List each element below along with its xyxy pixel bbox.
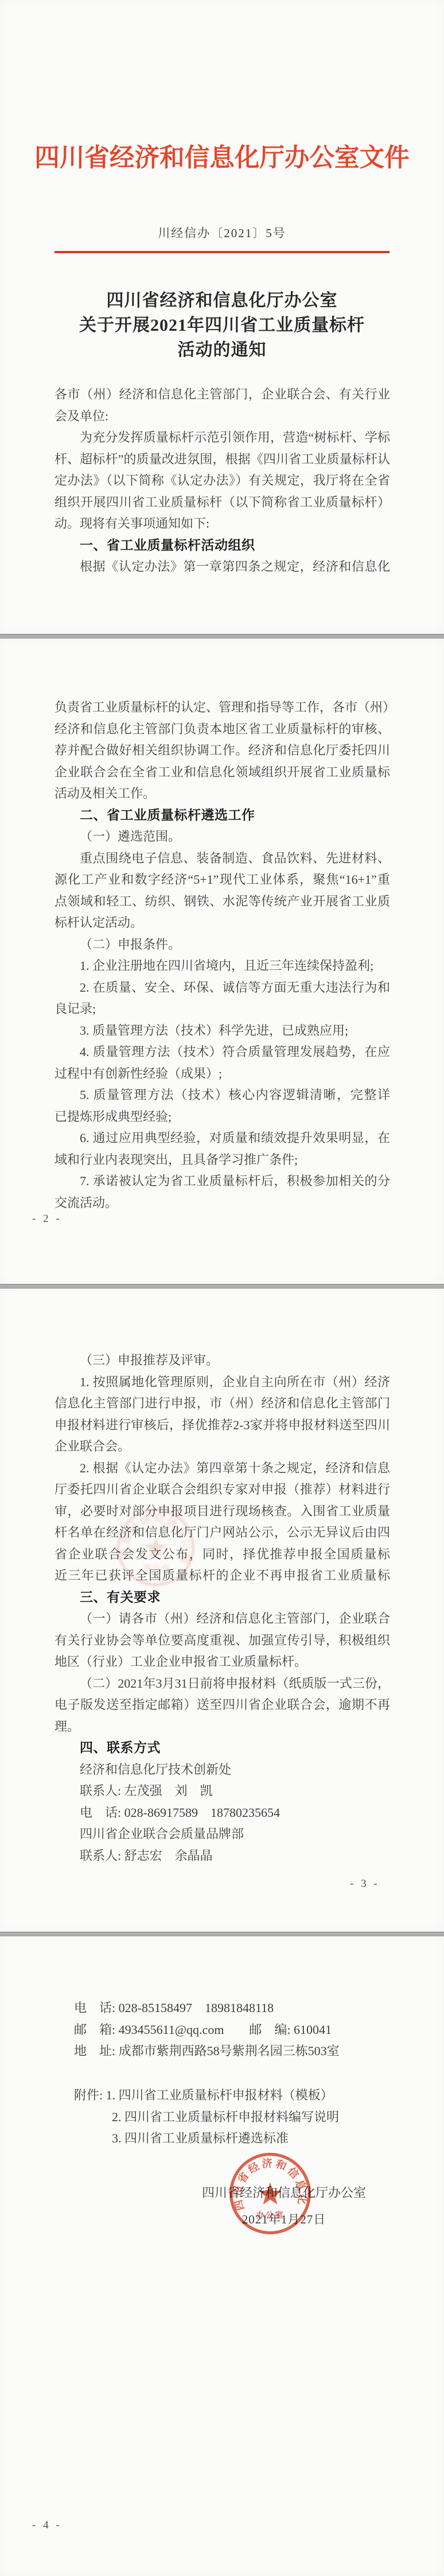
letterhead-org-title: 四川省经济和信息化厅办公室文件 (2, 137, 442, 173)
text-line: 省企业联合会发文公布，同时，择优推荐申报全国质量标杆。 (54, 1544, 390, 1565)
page-4-contact: 电 话: 028-85158497 18981848118邮 箱: 493455… (74, 1997, 418, 2062)
text-line: 已提炼形成典型经验; (54, 1106, 390, 1128)
text-line: 电 话: 028-86917589 18780235654 (80, 1802, 390, 1824)
page-3: （三）申报推荐及评审。1. 按照属地化管理原则，企业自主向所在市（州）经济和信息… (0, 1289, 444, 1932)
text-line: 经济和信息化主管部门负责本地区省工业质量标杆的审核、推 (54, 718, 390, 740)
text-line: 附件: 1. 四川省工业质量标杆申报材料（模板） (74, 2084, 395, 2106)
signature-date: 2021年1月27日 (202, 2210, 366, 2227)
title-line-3: 活动的通知 (0, 338, 444, 362)
text-line: 交流活动。 (54, 1192, 390, 1214)
text-line: 负责省工业质量标杆的认定、管理和指导等工作，各市（州） (54, 697, 390, 718)
title-line-2: 关于开展2021年四川省工业质量标杆 (0, 313, 444, 338)
text-line: 各市（州）经济和信息化主管部门，企业联合会、有关行业协 (54, 384, 390, 405)
text-line: 联系人: 左茂强 刘 凯 (80, 1780, 390, 1802)
text-line: 杆名单在经济和信息化厅门户网站公示，公示无异议后由四川 (54, 1522, 390, 1544)
text-line: 近三年已获评全国质量标杆的企业不再申报省工业质量标杆。 (54, 1565, 390, 1587)
text-line: 2. 四川省工业质量标杆申报材料编写说明 (112, 2106, 395, 2128)
text-line: 有关行业协会等单位要高度重视、加强宣传引导，积极组织本 (54, 1630, 390, 1651)
section-heading: 一、省工业质量标杆活动组织 (80, 535, 390, 556)
page-separator (0, 1932, 444, 1936)
page-2-body: 负责省工业质量标杆的认定、管理和指导等工作，各市（州）经济和信息化主管部门负责本… (54, 697, 399, 1213)
text-line: 荐并配合做好相关组织协调工作。经济和信息化厅委托四川省 (54, 740, 390, 761)
text-line: 信息化主管部门进行申报，市（州）经济和信息化主管部门对 (54, 1393, 390, 1414)
text-line: 审，必要时对部分申报项目进行现场核查。入围省工业质量标 (54, 1500, 390, 1522)
page-1: 四川省经济和信息化厅办公室文件 川经信办〔2021〕5号 四川省经济和信息化厅办… (0, 0, 444, 634)
attachments-list: 附件: 1. 四川省工业质量标杆申报材料（模板）2. 四川省工业质量标杆申报材料… (74, 2084, 418, 2149)
text-line: 动。现将有关事项通知如下: (54, 513, 390, 535)
text-line: 电子版发送至指定邮箱）送至四川省企业联合会，逾期不再受 (54, 1694, 390, 1716)
text-line: 申报材料进行审核后，择优推荐2-3家并将申报材料送至四川省 (54, 1414, 390, 1436)
section-heading: 二、省工业质量标杆遴选工作 (80, 804, 390, 826)
page-separator (0, 634, 444, 639)
text-line: 源化工产业和数字经济“5+1”现代工业体系，聚焦“16+1”重 (54, 869, 390, 891)
text-line: 企业联合会。 (54, 1436, 390, 1457)
text-line: 3. 质量管理方法（技术）科学先进，已成熟应用; (80, 1020, 390, 1042)
text-line: 厅委托四川省企业联合会组织专家对申报（推荐）材料进行评 (54, 1479, 390, 1500)
text-line: 经济和信息化厅技术创新处 (80, 1759, 390, 1781)
text-line: 7. 承诺被认定为省工业质量标杆后，积极参加相关的分享 (80, 1170, 390, 1192)
text-line: 1. 企业注册地在四川省境内，且近三年连续保持盈利; (80, 955, 390, 977)
text-line: 杆、超标杆”的质量改进氛围，根据《四川省工业质量标杆认 (54, 448, 390, 470)
page-1-body: 各市（州）经济和信息化主管部门，企业联合会、有关行业协会及单位:为充分发挥质量标… (54, 384, 399, 578)
text-line: 理。 (54, 1716, 390, 1738)
page-4: 电 话: 028-85158497 18981848118邮 箱: 493455… (0, 1936, 444, 2576)
page-number: - 3 - (350, 1878, 380, 1890)
red-divider-line (54, 251, 390, 253)
doc-number: 川经信办〔2021〕5号 (0, 224, 444, 241)
text-line: 点领域和轻工、纺织、钢铁、水泥等传统产业开展省工业质量 (54, 891, 390, 912)
text-line: 良记录; (54, 998, 390, 1020)
text-line: 联系人: 舒志宏 余晶晶 (80, 1845, 390, 1867)
text-line: （一）遴选范围。 (80, 826, 390, 848)
text-line: 电 话: 028-85158497 18981848118 (74, 1997, 395, 2019)
signature-org: 四川省经济和信息化厅办公室 (202, 2183, 366, 2201)
text-line: 重点围绕电子信息、装备制造、食品饮料、先进材料、能 (80, 848, 390, 869)
text-line: 1. 按照属地化管理原则，企业自主向所在市（州）经济和 (80, 1371, 390, 1393)
text-line: 2. 在质量、安全、环保、诚信等方面无重大违法行为和不 (80, 977, 390, 999)
text-line: 四川省企业联合会质量品牌部 (80, 1823, 390, 1845)
title-line-1: 四川省经济和信息化厅办公室 (0, 288, 444, 313)
text-line: （二）2021年3月31日前将申报材料（纸质版一式三份， (80, 1673, 390, 1695)
text-line: （三）申报推荐及评审。 (80, 1349, 390, 1371)
page-separator (0, 1284, 444, 1289)
text-line: 组织开展四川省工业质量标杆（以下简称省工业质量标杆）活 (54, 492, 390, 513)
text-line: 会及单位: (54, 405, 390, 427)
page-2: 负责省工业质量标杆的认定、管理和指导等工作，各市（州）经济和信息化主管部门负责本… (0, 639, 444, 1284)
text-line: 4. 质量管理方法（技术）符合质量管理发展趋势，在应用 (80, 1041, 390, 1063)
text-line: （二）申报条件。 (80, 934, 390, 956)
page-3-body: （三）申报推荐及评审。1. 按照属地化管理原则，企业自主向所在市（州）经济和信息… (54, 1349, 399, 1866)
text-line: 5. 质量管理方法（技术）核心内容逻辑清晰，完整详实， (80, 1084, 390, 1106)
text-line: 活动及相关工作。 (54, 783, 390, 804)
text-line: 为充分发挥质量标杆示范引领作用，营造“树标杆、学标 (80, 427, 390, 448)
text-line: 标杆认定活动。 (54, 912, 390, 934)
document-title: 四川省经济和信息化厅办公室 关于开展2021年四川省工业质量标杆 活动的通知 (0, 288, 444, 362)
page-number: - 2 - (32, 1213, 62, 1225)
text-line: 定办法》（以下简称《认定办法》）有关规定，我厅将在全省 (54, 470, 390, 492)
document-scan: 四川省经济和信息化厅办公室文件 川经信办〔2021〕5号 四川省经济和信息化厅办… (0, 0, 444, 2576)
section-heading: 四、联系方式 (80, 1737, 390, 1759)
text-line: 域和行业内表现突出，且具备学习推广条件; (54, 1149, 390, 1171)
text-line: 地区（行业）工业企业申报省工业质量标杆。 (54, 1651, 390, 1673)
text-line: 过程中有创新性经验（成果）; (54, 1063, 390, 1085)
text-line: 3. 四川省工业质量标杆遴选标准 (112, 2128, 395, 2149)
text-line: 6. 通过应用典型经验，对质量和绩效提升效果明显，在区 (80, 1127, 390, 1149)
page-number: - 4 - (32, 2519, 62, 2532)
section-heading: 三、有关要求 (80, 1587, 390, 1608)
text-line: 地 址: 成都市紫荆西路58号紫荆名园三栋503室 (74, 2040, 395, 2062)
text-line: 2. 根据《认定办法》第四章第十条之规定，经济和信息化 (80, 1457, 390, 1479)
text-line: （一）请各市（州）经济和信息化主管部门，企业联合会、 (80, 1608, 390, 1630)
text-line: 邮 箱: 493455611@qq.com 邮 编: 610041 (74, 2019, 395, 2041)
text-line: 根据《认定办法》第一章第四条之规定，经济和信息化厅 (80, 556, 390, 578)
text-line: 企业联合会在全省工业和信息化领域组织开展省工业质量标杆 (54, 761, 390, 783)
